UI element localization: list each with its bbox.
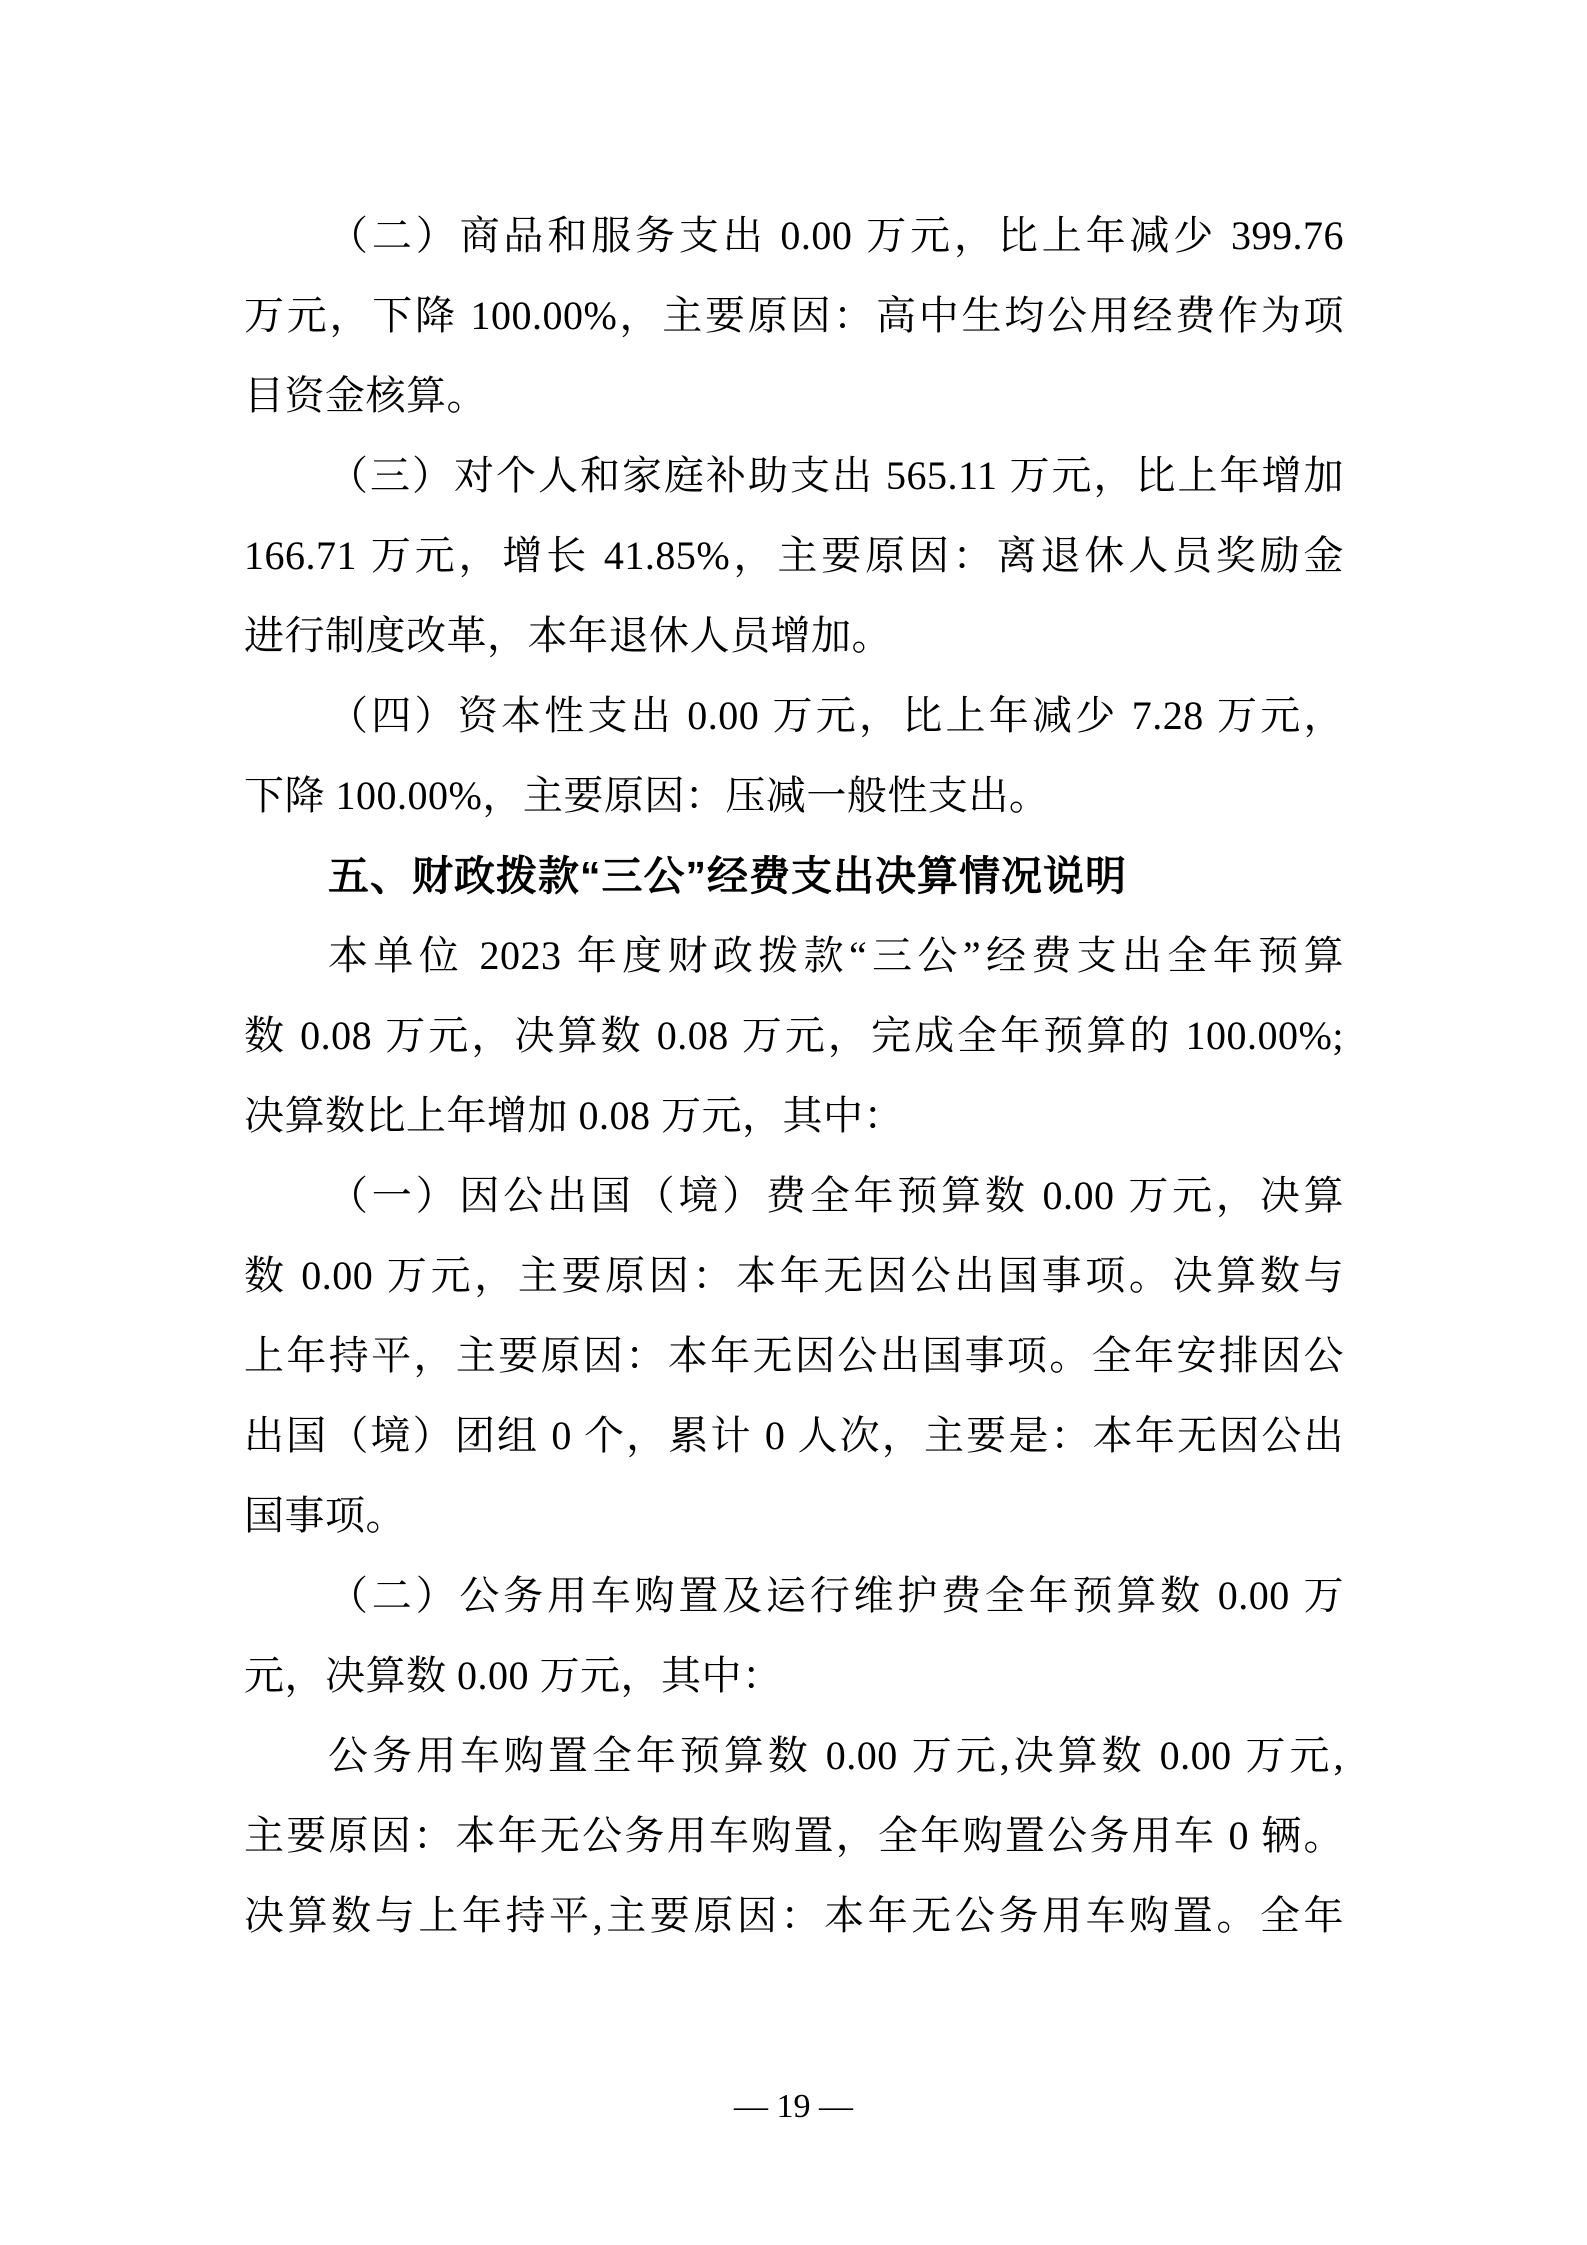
text-line: 元，决算数 0.00 万元，其中： (244, 1636, 1344, 1716)
document-body: （二）商品和服务支出 0.00 万元，比上年减少 399.76万元，下降 100… (244, 196, 1344, 1956)
text-line: 166.71 万元，增长 41.85%，主要原因：离退休人员奖励金 (244, 516, 1344, 596)
text-line: 上年持平，主要原因：本年无因公出国事项。全年安排因公 (244, 1316, 1344, 1396)
text-line: 万元，下降 100.00%，主要原因：高中生均公用经费作为项 (244, 276, 1344, 356)
text-line: （二）公务用车购置及运行维护费全年预算数 0.00 万 (244, 1556, 1344, 1636)
text-line: （四）资本性支出 0.00 万元，比上年减少 7.28 万元， (244, 676, 1344, 756)
text-line: 决算数比上年增加 0.08 万元，其中： (244, 1076, 1344, 1156)
text-line: 数 0.08 万元，决算数 0.08 万元，完成全年预算的 100.00%; (244, 996, 1344, 1076)
text-line: （一）因公出国（境）费全年预算数 0.00 万元，决算 (244, 1156, 1344, 1236)
text-line: 主要原因：本年无公务用车购置，全年购置公务用车 0 辆。 (244, 1796, 1344, 1876)
text-line: 下降 100.00%，主要原因：压减一般性支出。 (244, 756, 1344, 836)
section-heading: 五、财政拨款“三公”经费支出决算情况说明 (244, 836, 1344, 916)
text-line: 本单位 2023 年度财政拨款“三公”经费支出全年预算 (244, 916, 1344, 996)
text-line: 数 0.00 万元，主要原因：本年无因公出国事项。决算数与 (244, 1236, 1344, 1316)
document-page: （二）商品和服务支出 0.00 万元，比上年减少 399.76万元，下降 100… (0, 0, 1587, 2245)
text-line: 决算数与上年持平,主要原因：本年无公务用车购置。全年 (244, 1876, 1344, 1956)
text-line: （二）商品和服务支出 0.00 万元，比上年减少 399.76 (244, 196, 1344, 276)
text-line: 出国（境）团组 0 个，累计 0 人次，主要是：本年无因公出 (244, 1396, 1344, 1476)
text-line: （三）对个人和家庭补助支出 565.11 万元，比上年增加 (244, 436, 1344, 516)
text-line: 公务用车购置全年预算数 0.00 万元,决算数 0.00 万元, (244, 1716, 1344, 1796)
page-number: — 19 — (0, 2072, 1587, 2142)
text-line: 目资金核算。 (244, 356, 1344, 436)
text-line: 国事项。 (244, 1476, 1344, 1556)
text-line: 进行制度改革，本年退休人员增加。 (244, 596, 1344, 676)
